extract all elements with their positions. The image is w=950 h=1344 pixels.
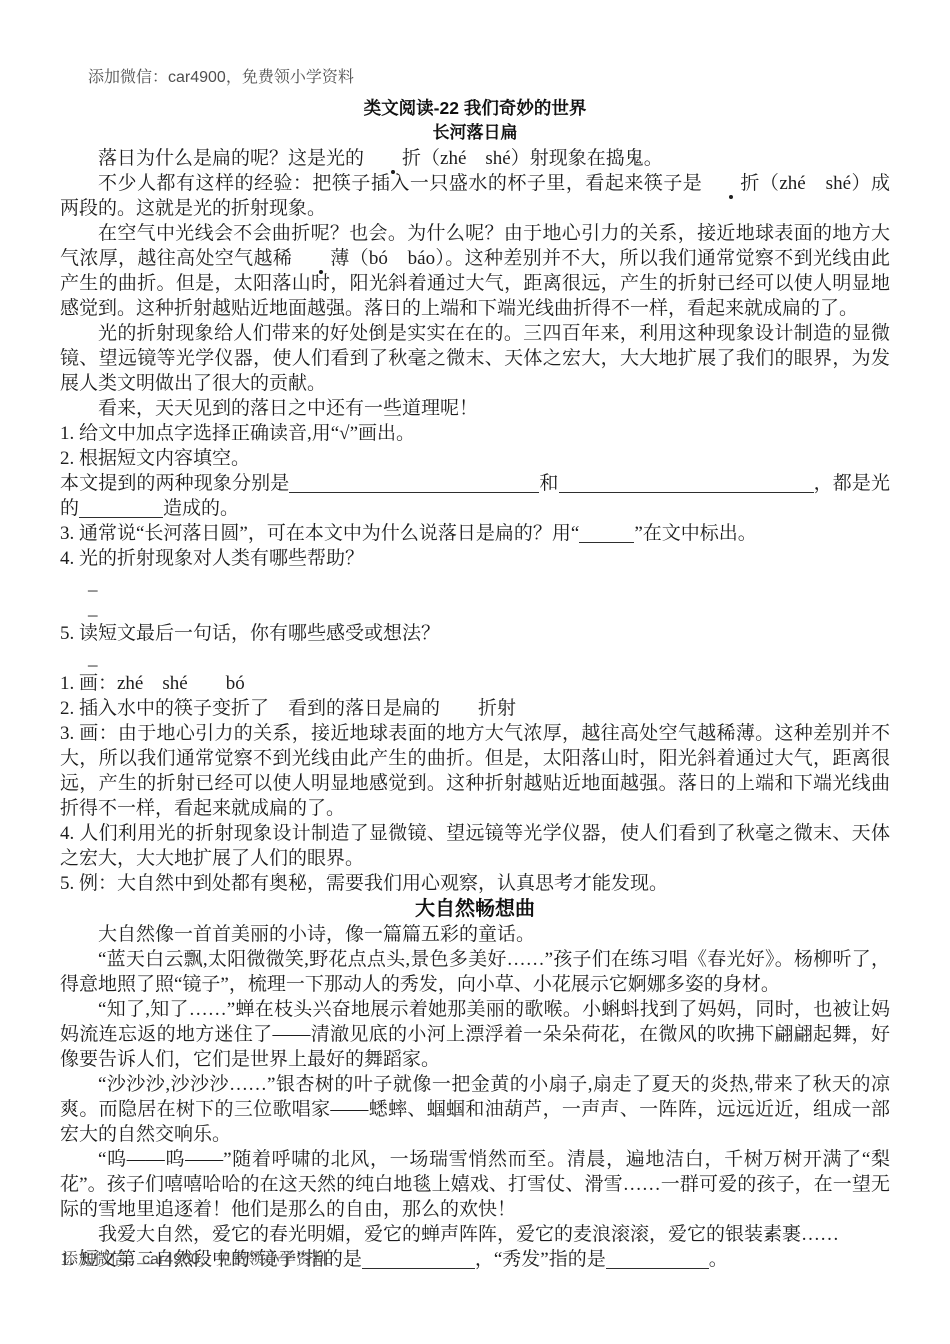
- question-3: 3. 通常说“长河落日圆”，可在本文中为什么说落日是扁的？用“”在文中标出。: [60, 521, 890, 546]
- text-run: ”在文中标出。: [634, 523, 756, 544]
- answer-write-line: _: [60, 571, 890, 596]
- answer-5: 5. 例：大自然中到处都有奥秘，需要我们用心观察，认真思考才能发现。: [60, 871, 890, 896]
- answer-1: 1. 画：zhé shé bó: [60, 671, 890, 696]
- question-2-fill-line: 本文提到的两种现象分别是和，都是光的造成的。: [60, 471, 890, 521]
- question-4: 4. 光的折射现象对人类有哪些帮助？: [60, 546, 890, 571]
- worksheet-page: 添加微信：car4900，免费领小学资料 类文阅读-22 我们奇妙的世界 长河落…: [0, 0, 950, 1344]
- dotted-char: 折: [364, 146, 421, 171]
- header-watermark-text: 添加微信：car4900，免费领小学资料: [88, 69, 354, 86]
- passage1-paragraph-3: 在空气中光线会不会曲折呢？也会。为什么呢？由于地心引力的关系，接近地球表面的地方…: [60, 221, 890, 321]
- doc-title: 类文阅读-22 我们奇妙的世界: [60, 96, 890, 120]
- fill-in-blank: [606, 1266, 709, 1269]
- footer-watermark-text: 添加微信：car4900，免费领小学资料: [62, 1251, 328, 1268]
- fill-in-blank: [362, 1266, 475, 1269]
- text-run: 和: [539, 473, 558, 494]
- passage1-paragraph-5: 看来，天天见到的落日之中还有一些道理呢！: [60, 396, 890, 421]
- passage2-paragraph-2: “蓝天白云飘,太阳微微笑,野花点点头,景色多美好……”孩子们在练习唱《春光好》。…: [60, 947, 890, 997]
- underscore-mark: _: [88, 573, 98, 594]
- passage2-paragraph-6: 我爱大自然，爱它的春光明媚，爱它的蝉声阵阵，爱它的麦浪滚滚，爱它的银装素裹……: [60, 1222, 890, 1247]
- passage1-title: 长河落日扁: [60, 120, 890, 146]
- answer-write-line: _: [60, 596, 890, 621]
- text-run: ，“秀发”指的是: [475, 1249, 606, 1270]
- passage1-paragraph-4: 光的折射现象给人们带来的好处倒是实实在在的。三四百年来，利用这种现象设计制造的显…: [60, 321, 890, 396]
- text-run: 3. 通常说“长河落日圆”，可在本文中为什么说落日是扁的？用“: [60, 523, 579, 544]
- answer-4: 4. 人们利用光的折射现象设计制造了显微镜、望远镜等光学仪器，使人们看到了秋毫之…: [60, 821, 890, 871]
- question-5: 5. 读短文最后一句话，你有哪些感受或想法？: [60, 621, 890, 646]
- fill-in-blank: [79, 515, 163, 518]
- answer-write-line: _: [60, 646, 890, 671]
- question-2: 2. 根据短文内容填空。: [60, 446, 890, 471]
- answer-2: 2. 插入水中的筷子变折了 看到的落日是扁的 折射: [60, 696, 890, 721]
- text-run: 本文提到的两种现象分别是: [60, 473, 289, 494]
- text-run: 。: [709, 1249, 728, 1270]
- underscore-mark: _: [88, 648, 98, 669]
- passage1-paragraph-2: 不少人都有这样的经验：把筷子插入一只盛水的杯子里，看起来筷子是折（zhé shé…: [60, 171, 890, 221]
- dotted-char: 折: [702, 171, 759, 196]
- footer-watermark: 添加微信：car4900，免费领小学资料: [62, 1246, 328, 1269]
- passage2-paragraph-4: “沙沙沙,沙沙沙……”银杏树的叶子就像一把金黄的小扇子,扇走了夏天的炎热,带来了…: [60, 1072, 890, 1147]
- answer-3: 3. 画：由于地心引力的关系，接近地球表面的地方大气浓厚，越往高处空气越稀薄。这…: [60, 721, 890, 821]
- passage2-paragraph-3: “知了,知了……”蝉在枝头兴奋地展示着她那美丽的歌喉。小蝌蚪找到了妈妈，同时，也…: [60, 997, 890, 1072]
- passage2-paragraph-5: “呜——呜——”随着呼啸的北风，一场瑞雪悄然而至。清晨，遍地洁白，千树万树开满了…: [60, 1147, 890, 1222]
- text-run: 造成的。: [163, 498, 239, 519]
- underscore-mark: _: [88, 598, 98, 619]
- fill-in-blank: [579, 540, 634, 543]
- passage1-paragraph-1: 落日为什么是扁的呢？这是光的折（zhé shé）射现象在捣鬼。: [60, 146, 890, 171]
- document-content: 类文阅读-22 我们奇妙的世界 长河落日扁 落日为什么是扁的呢？这是光的折（zh…: [0, 0, 950, 1272]
- text-run: 不少人都有这样的经验：把筷子插入一只盛水的杯子里，看起来筷子是: [98, 173, 702, 194]
- question-1: 1. 给文中加点字选择正确读音,用“√”画出。: [60, 421, 890, 446]
- header-watermark: 添加微信：car4900，免费领小学资料: [88, 64, 354, 87]
- text-run: 落日为什么是扁的呢？这是光的: [98, 148, 364, 169]
- dotted-char: 薄: [292, 246, 349, 271]
- passage2-title: 大自然畅想曲: [60, 896, 890, 922]
- text-run: （zhé shé）射现象在捣鬼。: [421, 148, 663, 169]
- fill-in-blank: [289, 490, 539, 493]
- fill-in-blank: [559, 490, 814, 493]
- passage2-paragraph-1: 大自然像一首首美丽的小诗，像一篇篇五彩的童话。: [60, 922, 890, 947]
